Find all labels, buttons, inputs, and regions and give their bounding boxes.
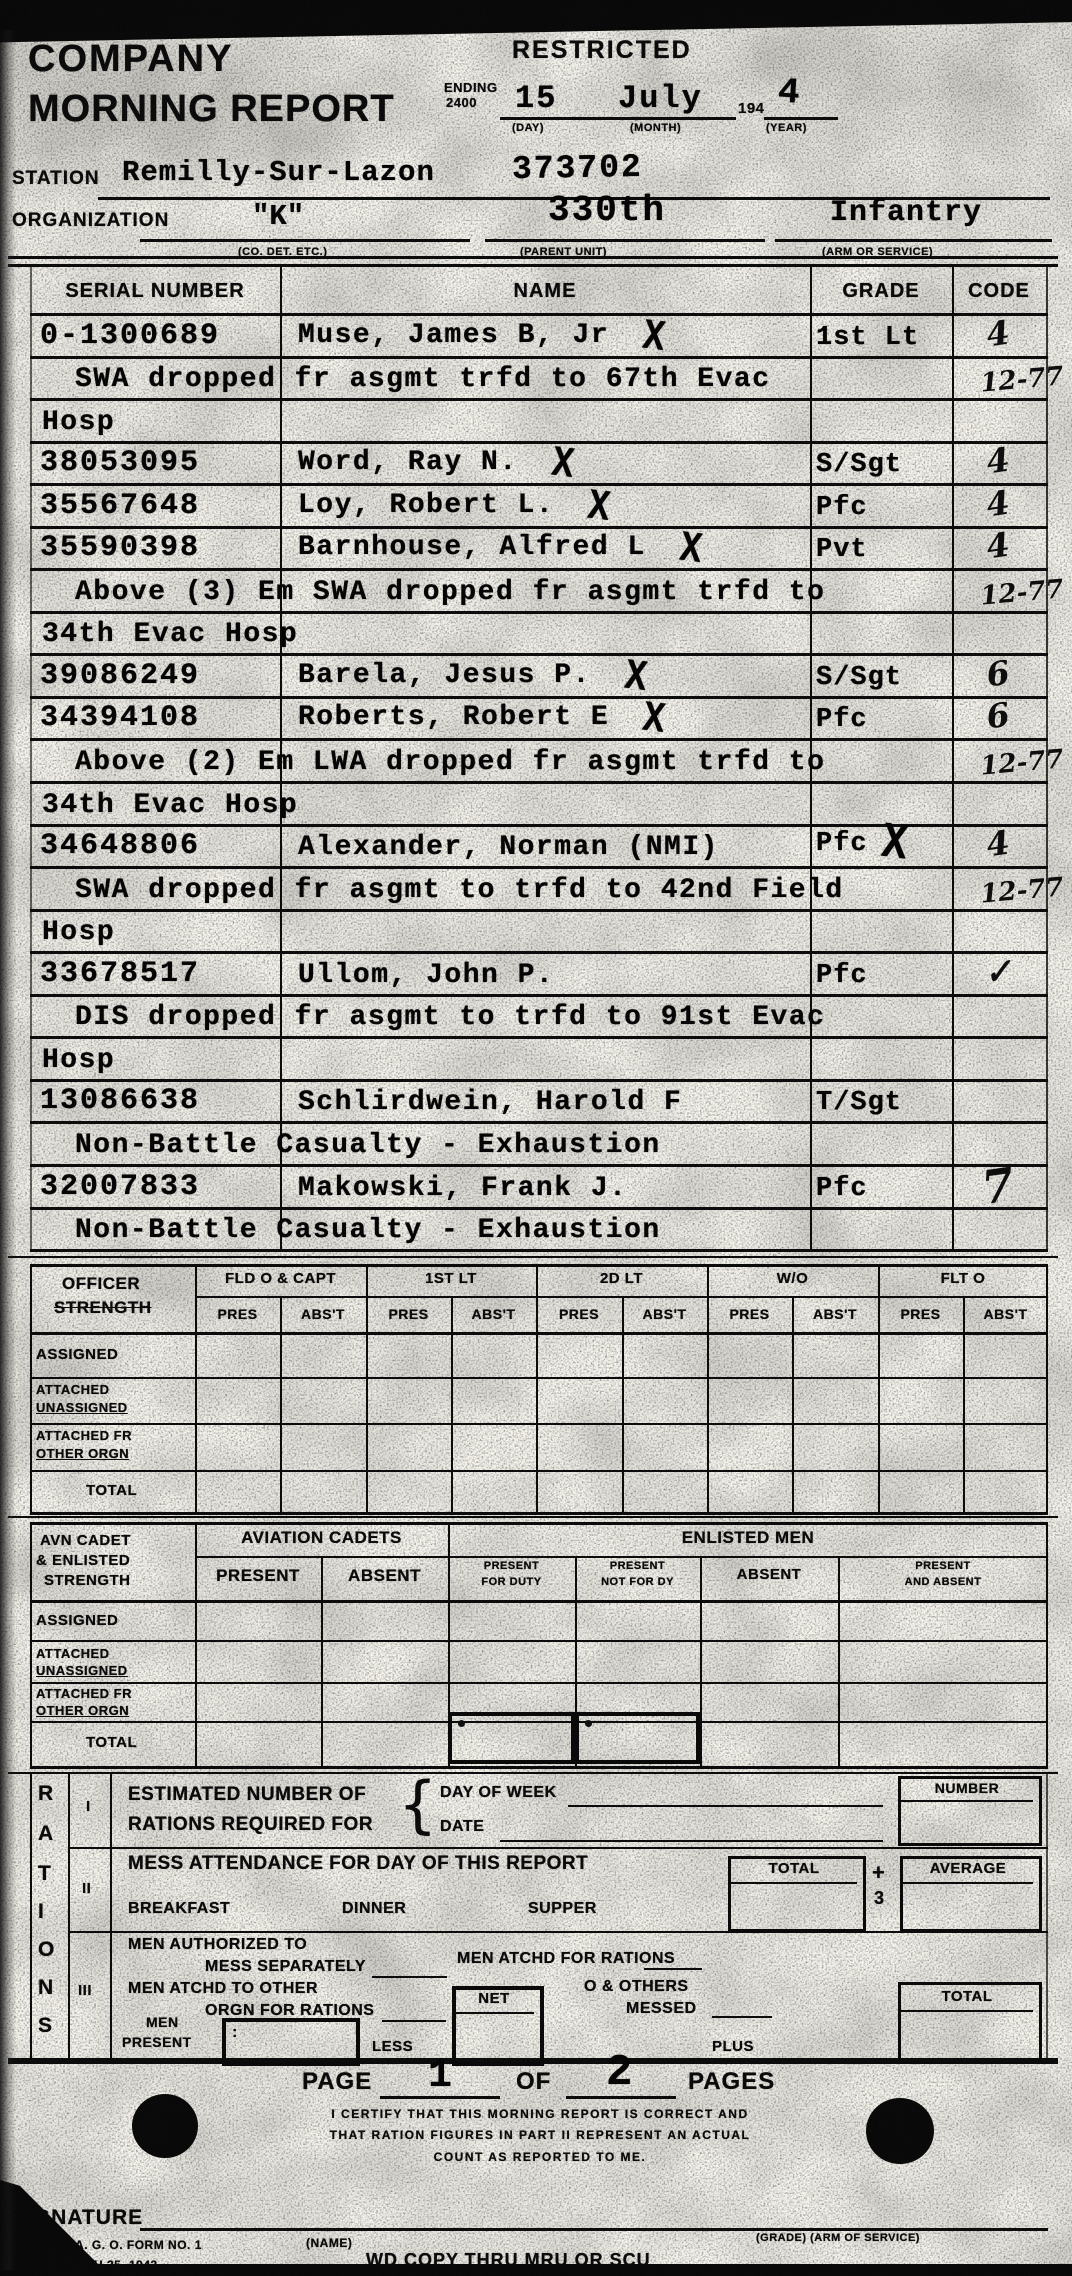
hole-punch-right [866,2098,934,2164]
enlisted-row-attached-fr-line1: ATTACHED FR [36,1686,132,1701]
men-present-box [222,2018,360,2066]
average-box-label: AVERAGE [900,1860,1036,1877]
roster-row: 35567648Loy, Robert L.XPfc4 [30,486,1048,529]
roster-name-cell: Roberts, Robert EX [298,694,666,735]
enlisted-col-divider-1 [321,1556,323,1766]
roster-name-cell: 34th Evac Hosp [42,619,298,650]
officer-sub-abst: ABS'T [792,1306,878,1322]
supper-label: SUPPER [528,1900,597,1918]
enlisted-col-present-not-for-dy-2: NOT FOR DY [575,1576,700,1588]
scan-edge-left [0,30,16,2270]
roster-name-cell: Alexander, Norman (NMI) [298,832,719,863]
roster-serial-cell: 32007833 [40,1170,200,1204]
organization-parent-unit-value: 330th [548,190,666,231]
men-atchd-for-rations-label: MEN ATCHD FOR RATIONS [457,1950,675,1968]
enlisted-row-attached-fr-line2: OTHER ORGN [36,1703,129,1718]
organization-label: ORGANIZATION [12,210,169,232]
roster-name-cell: Non-Battle Casualty - Exhaustion [75,1130,661,1161]
officer-strength-label-line1: OFFICER [62,1274,140,1294]
rations-left-border [30,1772,32,2060]
roster-grade-cell: Pvt [816,535,868,565]
roster-name-cell: Barnhouse, Alfred LX [298,524,703,565]
officer-sub-pres: PRES [366,1306,451,1322]
officer-group-1st-lt: 1ST LT [366,1270,536,1287]
day-sublabel: (DAY) [512,122,544,134]
officer-col-divider [451,1296,453,1512]
casualty-x-mark: X [878,814,911,874]
officer-labelcol-divider [195,1264,197,1512]
station-coordinates-value: 373702 [512,149,643,188]
officer-col-divider [707,1264,709,1512]
enlisted-col-absent-2: ABSENT [700,1566,838,1583]
officer-col-divider [792,1296,794,1512]
officer-left [30,1264,32,1512]
enlisted-group-aviation-cadets: AVIATION CADETS [195,1528,448,1548]
classification-banner: RESTRICTED [512,36,692,65]
report-year-value: 4 [777,71,801,113]
enlisted-col-present-for-duty-1: PRESENT [448,1560,575,1572]
roster-serial-cell: 33678517 [40,957,200,991]
roster-row: SWA dropped fr asgmt trfd to 67th Evac12… [30,359,1048,402]
officer-sub-abst: ABS'T [451,1306,536,1322]
organization-underline-3 [775,239,1052,242]
enlisted-col-present-and-absent-1: PRESENT [838,1560,1048,1572]
men-present-box-mark: : [232,2024,238,2042]
roster-row: 34th Evac Hosp [30,614,1048,657]
net-box-label: NET [452,1990,536,2007]
officer-sub-pres: PRES [878,1306,963,1322]
enlisted-subband-bottom [30,1600,1048,1603]
report-day-value: 15 [515,80,557,117]
plus-label: PLUS [712,2038,754,2055]
organization-underline-1 [140,239,470,242]
roster-header-grade: GRADE [810,280,952,303]
total-box-dot-2 [585,1720,592,1727]
day-of-week-label: DAY OF WEEK [440,1784,557,1802]
roster-name-cell: SWA dropped fr asgmt trfd to 67th Evac [75,364,771,395]
pages-label: PAGES [688,2068,775,2096]
roster-row: Hosp [30,912,1048,955]
officer-group-fldo-capt: FLD O & CAPT [195,1270,366,1287]
roster-name-cell: SWA dropped fr asgmt to trfd to 42nd Fie… [75,875,844,906]
roster-header-code: CODE [952,280,1046,303]
officer-rowline-3 [30,1470,1048,1472]
rations-total-label-rule [901,2010,1033,2012]
page-label: PAGE [302,2068,372,2096]
mess-separately-label: MESS SEPARATELY [205,1958,366,1976]
officer-rowline-2 [30,1423,1048,1425]
year-underline [764,117,838,120]
o-and-others-label: O & OTHERS [584,1978,689,1996]
officer-sub-pres: PRES [707,1306,792,1322]
present-label: PRESENT [122,2034,192,2050]
casualty-x-mark: X [640,311,669,363]
roster-grade-cell: Pfc [816,961,868,991]
rations-part1-line1: ESTIMATED NUMBER OF [128,1784,366,1806]
roster-name-cell: Ullom, John P. [298,960,554,991]
roster-grade-cell: Pfc [816,705,868,735]
day-of-week-underline [568,1805,883,1807]
enlisted-col-absent: ABSENT [321,1566,448,1586]
officer-sub-abst: ABS'T [280,1306,366,1322]
roster-name-cell: Hosp [42,1045,115,1076]
roster-name-cell: Loy, Robert L.X [298,482,611,523]
officer-sub-abst: ABS'T [963,1306,1048,1322]
roster-row: 33678517Ullom, John P.Pfc✓ [30,954,1048,997]
cert-line-3: COUNT AS REPORTED TO ME. [240,2150,840,2164]
officer-row-attached-fr-line1: ATTACHED FR [36,1428,132,1443]
rations-letters-divider [68,1772,70,2060]
officer-sub-abst: ABS'T [622,1306,707,1322]
enlisted-right [1046,1522,1048,1766]
officer-row-attached-line1: ATTACHED [36,1382,110,1397]
rations-side-letter: N [38,1976,54,2000]
roster-grade-cell: 1st Lt [816,323,919,353]
roster-row: 35590398Barnhouse, Alfred LXPvt4 [30,529,1048,572]
officer-group-flt-o: FLT O [878,1270,1048,1287]
casualty-x-mark: X [677,524,706,576]
year-prefix: 194 [738,100,765,117]
roster-row: 39086249Barela, Jesus P.XS/Sgt6 [30,656,1048,699]
cert-line-1: I CERTIFY THAT THIS MORNING REPORT IS CO… [240,2107,840,2121]
roster-name-cell: Schlirdwein, Harold F [298,1087,682,1118]
scan-border-bottom [0,2264,1072,2276]
year-sublabel: (YEAR) [766,122,807,134]
rations-side-letter: A [38,1822,54,1846]
date-underline2 [500,1840,883,1842]
mess-separately-underline [372,1976,447,1978]
enlisted-strength-label-line2: & ENLISTED [36,1552,130,1569]
officer-col-divider [963,1296,965,1512]
roster-serial-cell: 13086638 [40,1084,200,1118]
roster-grade-cell: PfcX [816,815,908,863]
enlisted-rowline-1 [30,1640,1048,1642]
enlisted-left [30,1522,32,1766]
orgn-for-rations-underline [382,2020,446,2022]
rations-part2-numeral: II [82,1880,91,1897]
roster-grade-cell: S/Sgt [816,663,902,693]
date-label: DATE [440,1818,484,1836]
organization-company-value: "K" [252,200,304,233]
enlisted-top [30,1522,1048,1525]
rations-side-letter: I [38,1900,44,1924]
roster-row: 38053095Word, Ray N.XS/Sgt4 [30,444,1048,487]
roster-row: 34648806Alexander, Norman (NMI)PfcX4 [30,827,1048,870]
roster-serial-cell: 35567648 [40,489,200,523]
roster-row: 13086638Schlirdwein, Harold FT/Sgt [30,1082,1048,1125]
roster-name-cell: Word, Ray N.X [298,439,575,480]
enlisted-double-rule [8,1516,1058,1518]
number-box-label: NUMBER [898,1780,1036,1796]
total-box-dot-1 [458,1720,465,1727]
roster-name-cell: Hosp [42,917,115,948]
roster-top-border [8,264,1058,267]
enlisted-row-total: TOTAL [86,1734,137,1751]
officer-col-divider [366,1264,368,1512]
roster-name-cell: Above (2) Em LWA dropped fr asgmt trfd t… [75,747,825,778]
rations-total-box-label: TOTAL [898,1988,1036,2005]
roster-grade-cell: S/Sgt [816,450,902,480]
scanned-morning-report: COMPANY MORNING REPORT RESTRICTED ENDING… [0,0,1072,2276]
roster-row: SWA dropped fr asgmt to trfd to 42nd Fie… [30,869,1048,912]
officer-sub-pres: PRES [536,1306,622,1322]
officer-sub-pres: PRES [195,1306,280,1322]
name-sublabel: (NAME) [306,2236,352,2250]
enlisted-rowline-2 [30,1682,1048,1684]
officer-col-divider [622,1296,624,1512]
rations-right-border [1046,1772,1048,2060]
officer-strength-label-line2: STRENGTH [54,1298,152,1318]
enlisted-group-enlisted-men: ENLISTED MEN [448,1528,1048,1548]
enlisted-total-highlight-box-2 [575,1712,700,1764]
breakfast-label: BREAKFAST [128,1900,230,1918]
station-label: STATION [12,168,100,190]
roster-name-cell: Makowski, Frank J. [298,1173,627,1204]
officer-col-divider [280,1296,282,1512]
roster-serial-cell: 34394108 [40,701,200,735]
ending-label-line2: 2400 [446,95,477,110]
men-atchd-to-other-label: MEN ATCHD TO OTHER [128,1980,318,1998]
officer-group-wo: W/O [707,1270,878,1287]
officer-top [30,1264,1048,1267]
rations-side-letter: O [38,1938,55,1962]
roster-name-cell: 34th Evac Hosp [42,790,298,821]
roster-serial-cell: 39086249 [40,659,200,693]
roster-row: Above (3) Em SWA dropped fr asgmt trfd t… [30,571,1048,614]
roster-header-serial: SERIAL NUMBER [30,280,280,303]
page-number-value: 1 [428,2054,452,2099]
enlisted-row-attached-line2: UNASSIGNED [36,1663,128,1678]
rations-numeral-divider [110,1772,112,2060]
officer-right [1046,1264,1048,1512]
organization-underline-2 [485,239,765,242]
roster-row: 0-1300689Muse, James B, JrX1st Lt4 [30,316,1048,359]
officer-row-total: TOTAL [86,1482,137,1499]
roster-double-rule-top [8,256,1058,259]
officer-row-assigned: ASSIGNED [36,1346,118,1363]
roster-name-cell: DIS dropped fr asgmt to trfd to 91st Eva… [75,1002,825,1033]
dinner-label: DINNER [342,1900,406,1918]
organization-arm-value: Infantry [830,196,982,230]
enlisted-col-present-for-duty-2: FOR DUTY [448,1576,575,1588]
cert-line-2: THAT RATION FIGURES IN PART II REPRESENT… [240,2128,840,2142]
month-sublabel: (MONTH) [630,122,681,134]
roster-row: Non-Battle Casualty - Exhaustion [30,1124,1048,1167]
roster-header-name: NAME [280,280,810,303]
enlisted-row-assigned: ASSIGNED [36,1612,118,1629]
divide-divisor: 3 [874,1888,885,1909]
average-label-rule [903,1882,1033,1884]
officer-double-rule [8,1256,1058,1258]
report-month-value: July [618,80,703,117]
roster-serial-cell: 34648806 [40,829,200,863]
form-title-line1: COMPANY [28,38,233,81]
rations-side-letter: T [38,1862,51,1886]
signature-underline [140,2228,1048,2231]
roster-row: DIS dropped fr asgmt to trfd to 91st Eva… [30,997,1048,1040]
enlisted-col-present: PRESENT [195,1566,321,1586]
roster-serial-cell: 38053095 [40,446,200,480]
roster-row: Hosp [30,1039,1048,1082]
enlisted-labelcol-divider [195,1522,197,1766]
rations-part1-line2: RATIONS REQUIRED FOR [128,1814,373,1836]
roster-name-cell: Non-Battle Casualty - Exhaustion [75,1215,661,1246]
officer-rowline-1 [30,1377,1048,1379]
enlisted-strength-label-line1: AVN CADET [40,1532,131,1549]
officer-row-attached-line2: UNASSIGNED [36,1400,128,1415]
roster-row: 34394108Roberts, Robert EXPfc6 [30,699,1048,742]
roster-grade-cell: T/Sgt [816,1088,902,1118]
officer-subband-bottom [30,1332,1048,1335]
rations-part3-numeral: III [78,1982,92,1999]
officer-row-attached-fr-line2: OTHER ORGN [36,1446,129,1461]
men-authorized-line1: MEN AUTHORIZED TO [128,1936,307,1954]
mess-attendance-heading: MESS ATTENDANCE FOR DAY OF THIS REPORT [128,1853,588,1875]
messed-underline [712,2016,772,2018]
total-pages-value: 2 [606,2048,632,2098]
rations-brace: { [398,1768,437,1841]
form-title-line2: MORNING REPORT [28,88,395,131]
net-label-rule [456,2012,534,2014]
rations-part1-bottom [68,1847,1048,1849]
enlisted-col-divider-3 [700,1556,702,1766]
officer-col-divider [536,1264,538,1512]
roster-name-cell: Barela, Jesus P.X [298,652,648,693]
men-atchd-for-rations-underline [644,1968,702,1970]
roster-row: Hosp [30,401,1048,444]
enlisted-col-present-and-absent-2: AND ABSENT [838,1576,1048,1588]
enlisted-total-highlight-box-1 [448,1712,575,1764]
rations-side-letter: S [38,2014,53,2038]
less-label: LESS [372,2038,413,2055]
ending-label-line1: ENDING [444,80,498,95]
enlisted-bottom [30,1766,1048,1769]
officer-group-2d-lt: 2D LT [536,1270,707,1287]
rations-top-rule [8,1772,1058,1774]
roster-row: 32007833Makowski, Frank J.Pfc7 [30,1167,1048,1210]
number-box-label-rule [901,1800,1033,1802]
roster-name-cell: Above (3) Em SWA dropped fr asgmt trfd t… [75,577,825,608]
mess-total-box-label: TOTAL [728,1860,860,1877]
officer-col-divider [878,1264,880,1512]
roster-serial-cell: 0-1300689 [40,319,220,353]
roster-grade-cell: Pfc [816,1174,868,1204]
roster-row: Non-Battle Casualty - Exhaustion [30,1210,1048,1253]
rations-side-letter: R [38,1782,54,1806]
date-underline [500,117,736,120]
of-label: OF [516,2068,551,2096]
roster-row: Above (2) Em LWA dropped fr asgmt trfd t… [30,742,1048,785]
men-label: MEN [146,2014,179,2030]
roster-serial-cell: 35590398 [40,531,200,565]
station-place-value: Remilly-Sur-Lazon [122,156,435,189]
mess-total-label-rule [731,1882,857,1884]
roster-grade-cell: Pfc [816,493,868,523]
officer-bottom [30,1512,1048,1515]
casualty-x-mark: X [640,694,669,746]
rations-part1-numeral: I [86,1798,91,1815]
roster-name-cell: Hosp [42,407,115,438]
divide-plus-sign: + [872,1860,885,1886]
enlisted-strength-label-line3: STRENGTH [44,1572,131,1589]
enlisted-col-present-not-for-dy-1: PRESENT [575,1560,700,1572]
messed-label: MESSED [626,2000,697,2018]
roster-name-cell: Muse, James B, JrX [298,312,666,353]
hole-punch-left [132,2094,198,2158]
enlisted-row-attached-line1: ATTACHED [36,1646,110,1661]
grade-arm-sublabel: (GRADE) (ARM OF SERVICE) [756,2232,920,2244]
